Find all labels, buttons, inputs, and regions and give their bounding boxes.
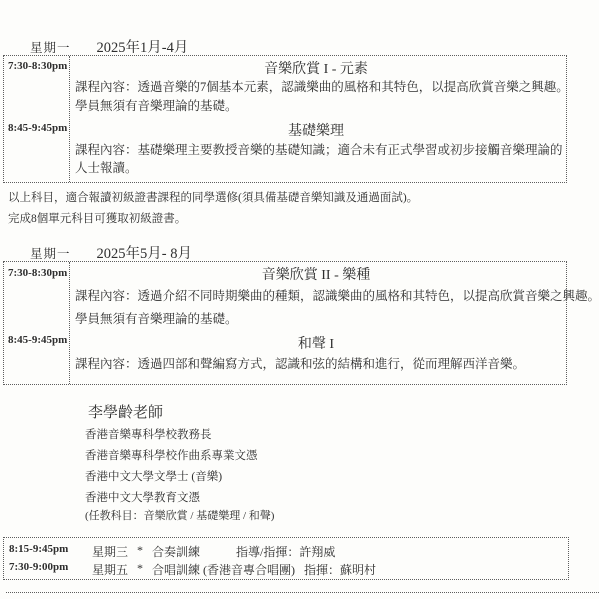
section2-day: 星期一 (30, 247, 71, 261)
training-time: 7:30-9:00pm (9, 561, 68, 573)
course-desc-line: 人士報讀。 (75, 158, 562, 176)
time-slot: 8:45-9:45pm (8, 122, 67, 134)
training-activity: 合奏訓練 (152, 543, 200, 560)
course-desc-line: 課程內容：透過音樂的7個基本元素，認識樂曲的風格和其特色，以提高欣賞音樂之興趣。 (75, 77, 562, 95)
section1-day: 星期一 (30, 41, 71, 55)
training-day: 星期三 (92, 543, 128, 560)
training-conductor: 指揮：蘇明村 (304, 561, 376, 578)
section1-period: 2025年1月-4月 (97, 40, 189, 56)
training-schedule-box: 8:15-9:45pm 星期三 * 合奏訓練 指導/指揮：許翔威 7:30-9:… (3, 537, 569, 580)
training-day: 星期五 (92, 561, 128, 578)
training-row: 8:15-9:45pm 星期三 * 合奏訓練 指導/指揮：許翔威 (4, 543, 568, 559)
course-desc-line: 課程內容：基礎樂理主要教授音樂的基礎知識；適合未有正式學習或初步接觸音樂理論的 (75, 140, 562, 158)
time-slot: 8:45-9:45pm (8, 334, 67, 346)
course-title: 基礎樂理 (70, 120, 562, 140)
bottom-cutoff-dotted-line (6, 592, 599, 593)
section1-header: 星期一2025年1月-4月 (30, 36, 188, 57)
course-desc-line: 課程內容：透過介紹不同時期樂曲的種類，認識樂曲的風格和其特色，以提高欣賞音樂之興… (75, 286, 562, 304)
course-title: 音樂欣賞 I - 元素 (70, 58, 562, 78)
time-slot: 7:30-8:30pm (8, 60, 67, 72)
teacher-credential: 香港中文大學教育文憑 (85, 489, 200, 505)
scanned-course-schedule-document: 星期一2025年1月-4月 7:30-8:30pm 音樂欣賞 I - 元素 課程… (0, 0, 599, 599)
course-title: 和聲 I (70, 333, 562, 353)
course-desc-line: 學員無須有音樂理論的基礎。 (75, 309, 562, 327)
teacher-credential: 香港音樂專科學校作曲系專業文憑 (85, 447, 258, 463)
teacher-credential: 香港中文大學文學士 (音樂) (85, 468, 222, 484)
training-time: 8:15-9:45pm (9, 543, 68, 555)
section2-header: 星期一2025年5月- 8月 (30, 242, 192, 263)
course-table-may-aug: 7:30-8:30pm 音樂欣賞 II - 樂種 課程內容：透過介紹不同時期樂曲… (3, 261, 567, 385)
note-certificate: 完成8個單元科目可獲取初級證書。 (8, 210, 186, 226)
teacher-credential: 香港音樂專科學校教務長 (85, 426, 212, 442)
time-slot: 7:30-8:30pm (8, 267, 67, 279)
teacher-name: 李學齡老師 (88, 401, 163, 422)
note-elective: 以上科目，適合報讀初級證書課程的同學選修(須具備基礎音樂知識及通過面試)。 (8, 189, 418, 205)
course-table-jan-apr: 7:30-8:30pm 音樂欣賞 I - 元素 課程內容：透過音樂的7個基本元素… (3, 55, 567, 183)
course-title: 音樂欣賞 II - 樂種 (70, 264, 562, 284)
section2-period: 2025年5月- 8月 (97, 246, 192, 262)
teacher-subjects: (任教科目：音樂欣賞 / 基礎樂理 / 和聲) (85, 507, 274, 523)
course-desc-line: 學員無須有音樂理論的基礎。 (75, 96, 562, 114)
asterisk-marker: * (137, 543, 143, 558)
asterisk-marker: * (137, 561, 143, 576)
training-conductor: 指導/指揮：許翔威 (236, 543, 335, 560)
training-activity: 合唱訓練 (香港音專合唱團) (152, 561, 295, 578)
training-row: 7:30-9:00pm 星期五 * 合唱訓練 (香港音專合唱團) 指揮：蘇明村 (4, 561, 568, 577)
course-desc-line: 課程內容：透過四部和聲編寫方式，認識和弦的結構和進行，從而理解西洋音樂。 (75, 354, 562, 372)
